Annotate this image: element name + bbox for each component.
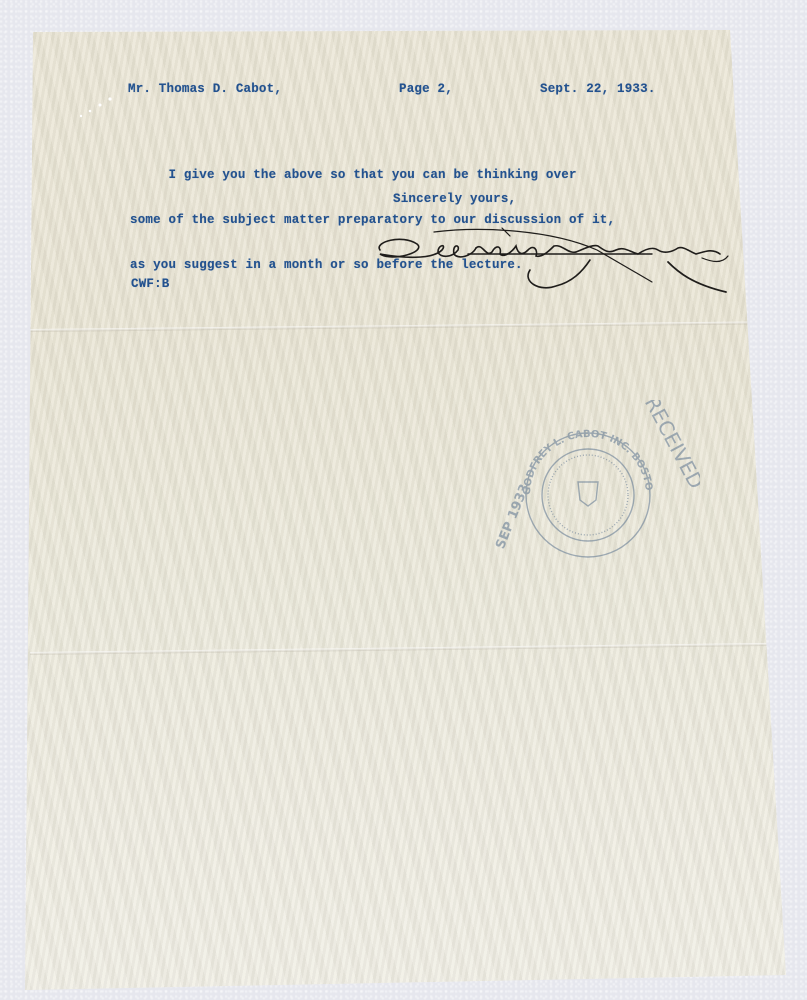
svg-text:GODFREY L. CABOT INC. BOSTON O: GODFREY L. CABOT INC. BOSTON OFFICE [490, 400, 654, 495]
recipient-name: Mr. Thomas D. Cabot, [128, 82, 282, 97]
typist-initials: CWF:B [131, 277, 170, 292]
stamp-date: SEP 1933 [493, 482, 533, 551]
received-stamp: GODFREY L. CABOT INC. BOSTON OFFICE RECE… [490, 400, 700, 570]
letter-page: Mr. Thomas D. Cabot, Page 2, Sept. 22, 1… [0, 0, 807, 1000]
body-line: I give you the above so that you can be … [130, 168, 615, 183]
signature [372, 222, 742, 302]
letter-date: Sept. 22, 1933. [540, 82, 656, 97]
closing: Sincerely yours, [393, 192, 516, 207]
pin-holes [75, 95, 115, 120]
page-number: Page 2, [399, 82, 453, 97]
stamp-ring-text: GODFREY L. CABOT INC. BOSTON OFFICE [490, 400, 654, 495]
fold-crease-upper [30, 321, 780, 332]
fold-crease-lower [30, 643, 780, 655]
